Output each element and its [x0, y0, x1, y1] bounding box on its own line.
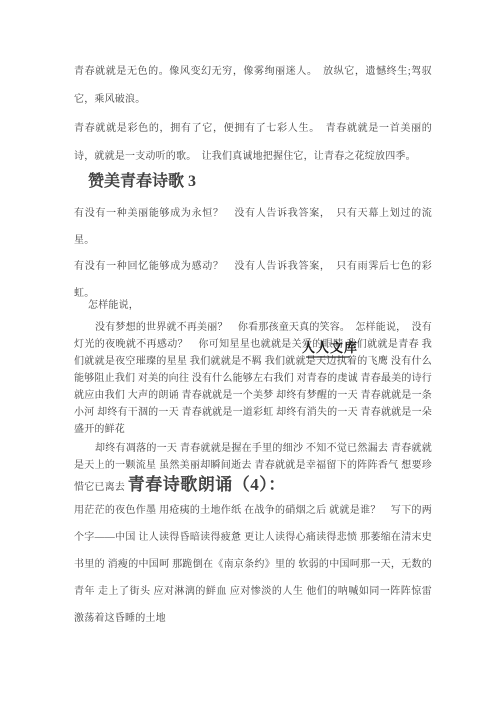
- paragraph-youth-wither: 却终有凋落的一天 青春就就是握在手里的细沙 不知不觉已然漏去 青春就就是天上的一…: [74, 440, 432, 496]
- paragraph-youth-colorless: 青春就就是无色的。像风变幻无穷，像雾绚丽迷人。 放纵它，遗憾终生;驾驭它，乘风破…: [74, 58, 432, 114]
- document-page: 青春就就是无色的。像风变幻无穷，像雾绚丽迷人。 放纵它，遗憾终生;驾驭它，乘风破…: [0, 0, 500, 707]
- paragraph-night-ink-china: 用茫茫的夜色作墨 用疮痍的土地作纸 在战争的硝烟之后 就就是谁？ 写下的两个字—…: [74, 497, 432, 632]
- section-heading-praise-youth-3: 赞美青春诗歌 3: [88, 170, 446, 194]
- watermark-underline: [306, 356, 350, 358]
- paragraph-beauty-eternal: 有没有一种美丽能够成为永恒？ 没有人告诉我答案， 只有天幕上划过的流星。: [74, 200, 432, 254]
- paragraph-how-to-say: 怎样能说，: [74, 298, 432, 313]
- inline-heading-recital-4: 青春诗歌朗诵（4）：: [128, 475, 286, 494]
- paragraph-youth-colorful: 青春就就是彩色的，拥有了它，便拥有了七彩人生。 青春就就是一首美丽的诗，就就是一…: [74, 115, 432, 171]
- watermark-renren-wenku: 人人文库: [302, 341, 358, 355]
- paragraph-dream-world: 没有梦想的世界就不再美丽？ 你看那孩童天真的笑容。 怎样能说， 没有灯光的夜晚就…: [74, 319, 432, 438]
